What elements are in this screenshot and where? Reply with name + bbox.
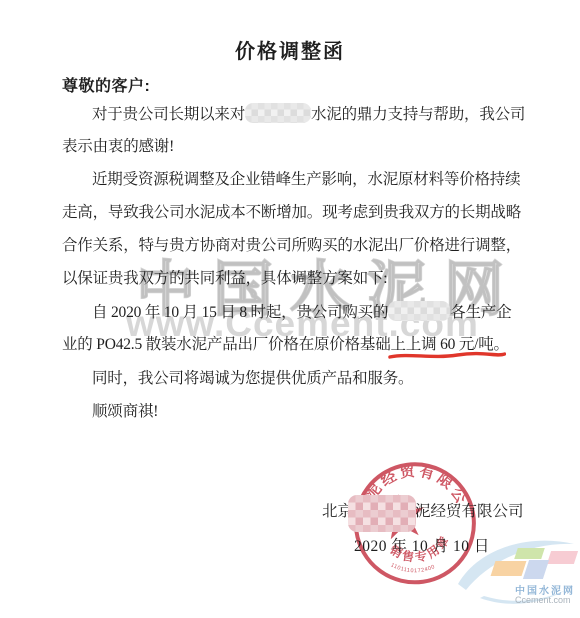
salutation: 尊敬的客户: bbox=[62, 73, 150, 96]
body-text: 水泥的鼎力支持与帮助，我公司 bbox=[311, 106, 525, 123]
paragraph-line: 自 2020 年 10 月 15 日 8 时起，贵公司购买的各生产企 bbox=[92, 301, 511, 323]
body-text: 各生产企 bbox=[450, 304, 511, 321]
letter-date: 2020 年 10 月 10 日 bbox=[354, 534, 490, 556]
underlined-price-text: 上上调 60 元/吨。 bbox=[391, 336, 509, 353]
redaction-mosaic bbox=[388, 301, 450, 321]
paragraph-line: 业的 PO42.5 散装水泥产品出厂价格在原价格基础上上调 60 元/吨。 bbox=[62, 334, 509, 355]
paragraph-line: 对于贵公司长期以来对水泥的鼎力支持与帮助，我公司 bbox=[92, 103, 525, 125]
body-text: 自 2020 年 10 月 15 日 8 时起，贵公司购买的 bbox=[92, 304, 388, 321]
redaction-mosaic-signature bbox=[348, 495, 416, 532]
redaction-mosaic bbox=[245, 103, 311, 123]
red-hand-underline bbox=[388, 350, 506, 362]
letter-page: 中国水泥网 www.Ccement.com 价格调整函 尊敬的客户: 对于贵公司… bbox=[0, 0, 580, 618]
logo-tile-green bbox=[514, 548, 545, 559]
paragraph-line: 表示由衷的感谢! bbox=[62, 136, 174, 157]
paragraph-line: 走高，导致我公司水泥成本不断增加。现考虑到贵我双方的长期战略 bbox=[62, 202, 521, 223]
body-text: 业的 PO42.5 散装水泥产品出厂价格在原价格基础 bbox=[62, 336, 391, 353]
paragraph-line: 合作关系，特与贵方协商对贵公司所购买的水泥出厂价格进行调整， bbox=[62, 235, 521, 256]
letter-title: 价格调整函 bbox=[0, 35, 580, 64]
paragraph-line: 同时，我公司将竭诚为您提供优质产品和服务。 bbox=[92, 368, 413, 389]
paragraph-line: 顺颂商祺! bbox=[92, 401, 158, 422]
paragraph-line: 近期受资源税调整及企业错峰生产影响，水泥原材料等价格持续 bbox=[92, 169, 520, 190]
body-text: 对于贵公司长期以来对 bbox=[92, 106, 245, 123]
logo-site-domain: Ccement.com bbox=[515, 595, 571, 605]
company-name-suffix: 泥经贸有限公司 bbox=[415, 499, 524, 521]
paragraph-line: 以保证贵我双方的共同利益，具体调整方案如下: bbox=[62, 268, 387, 289]
logo-tile-pink bbox=[547, 551, 578, 564]
